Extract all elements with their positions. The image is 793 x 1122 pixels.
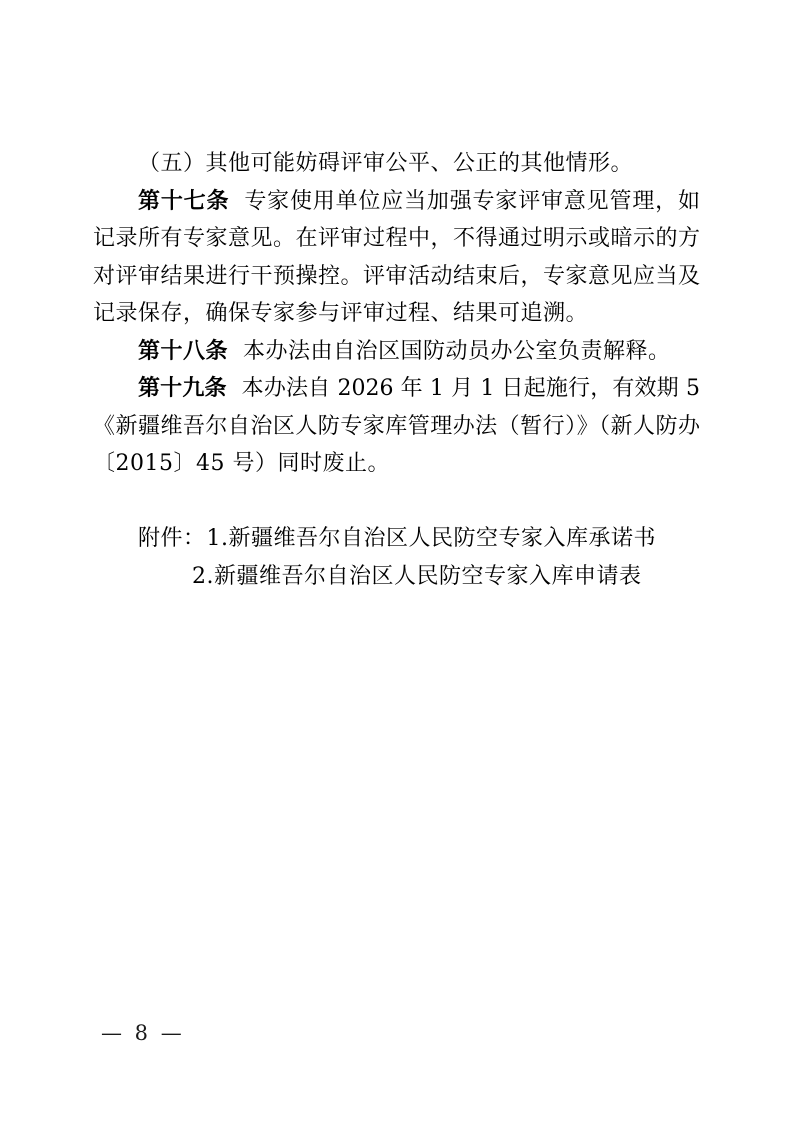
document-line: 记录所有专家意见。在评审过程中，不得通过明示或暗示的方式 xyxy=(93,220,700,258)
document-line: （五）其他可能妨碍评审公平、公正的其他情形。 xyxy=(93,145,700,183)
document-page: （五）其他可能妨碍评审公平、公正的其他情形。 第十七条专家使用单位应当加强专家评… xyxy=(0,0,793,1122)
attachment-label: 附件： xyxy=(138,526,206,551)
attachment-line: 2.新疆维吾尔自治区人民防空专家入库申请表 xyxy=(93,558,700,596)
line-text: 2.新疆维吾尔自治区人民防空专家入库申请表 xyxy=(192,564,642,589)
document-line: 第十八条本办法由自治区国防动员办公室负责解释。 xyxy=(93,333,700,371)
document-line: 对评审结果进行干预操控。评审活动结束后，专家意见应当及时 xyxy=(93,258,700,296)
line-text: 本办法由自治区国防动员办公室负责解释。 xyxy=(243,339,671,364)
blank-line xyxy=(93,483,700,521)
line-text: 〔2015〕45 号）同时废止。 xyxy=(93,451,390,476)
document-line: 第十九条本办法自 2026 年 1 月 1 日起施行，有效期 5 年。 xyxy=(93,370,700,408)
article-number: 第十七条 xyxy=(138,188,229,214)
line-text: 《新疆维吾尔自治区人防专家库管理办法（暂行）》（新人防办 xyxy=(93,414,700,439)
document-line: 第十七条专家使用单位应当加强专家评审意见管理，如实 xyxy=(93,183,700,221)
line-text: 对评审结果进行干预操控。评审活动结束后，专家意见应当及时 xyxy=(93,264,700,296)
article-number: 第十八条 xyxy=(138,338,228,364)
line-text: 记录保存，确保专家参与评审过程、结果可追溯。 xyxy=(93,301,588,326)
document-line: 〔2015〕45 号）同时废止。 xyxy=(93,445,700,483)
attachment-line: 附件：1.新疆维吾尔自治区人民防空专家入库承诺书 xyxy=(93,520,700,558)
line-text: （五）其他可能妨碍评审公平、公正的其他情形。 xyxy=(138,151,633,176)
document-line: 《新疆维吾尔自治区人防专家库管理办法（暂行）》（新人防办 xyxy=(93,408,700,446)
document-body: （五）其他可能妨碍评审公平、公正的其他情形。 第十七条专家使用单位应当加强专家评… xyxy=(93,145,700,595)
document-line: 记录保存，确保专家参与评审过程、结果可追溯。 xyxy=(93,295,700,333)
line-text: 1.新疆维吾尔自治区人民防空专家入库承诺书 xyxy=(207,526,657,551)
line-text: 记录所有专家意见。在评审过程中，不得通过明示或暗示的方式 xyxy=(93,226,700,258)
page-number: — 8 — xyxy=(101,1020,183,1046)
article-number: 第十九条 xyxy=(138,375,227,401)
